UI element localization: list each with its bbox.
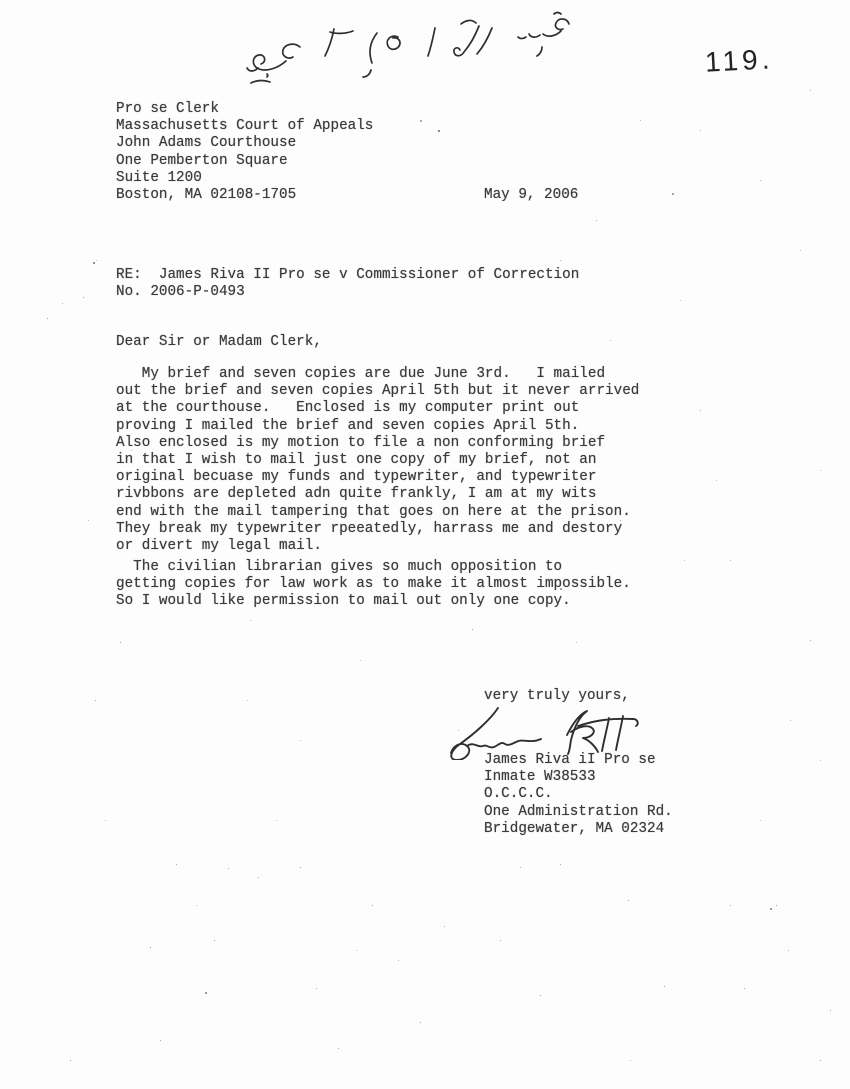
text-line: My brief and seven copies are due June 3… <box>116 366 639 383</box>
text-line: One Pemberton Square <box>116 153 373 170</box>
text-line: Inmate W38533 <box>484 769 673 786</box>
case-reference-block: RE: James Riva II Pro se v Commissioner … <box>116 267 579 301</box>
body-paragraph-1: My brief and seven copies are due June 3… <box>116 366 639 555</box>
text-line: No. 2006-P-0493 <box>116 284 579 301</box>
text-line: end with the mail tampering that goes on… <box>116 504 639 521</box>
text-line: So I would like permission to mail out o… <box>116 593 631 610</box>
sender-address-block: James Riva iI Pro seInmate W38533O.C.C.C… <box>484 752 673 838</box>
text-line: Massachusetts Court of Appeals <box>116 118 373 135</box>
text-line: Pro se Clerk <box>116 101 373 118</box>
handwritten-inscription <box>220 4 585 90</box>
scanned-letter-page: 119. Pro se ClerkMassachusetts Court of … <box>0 0 850 1089</box>
text-line: original becuase my funds and typewriter… <box>116 469 639 486</box>
text-line: O.C.C.C. <box>484 786 673 803</box>
text-line: James Riva iI Pro se <box>484 752 673 769</box>
text-line: The civilian librarian gives so much opp… <box>116 559 631 576</box>
text-line: or divert my legal mail. <box>116 538 639 555</box>
text-line: They break my typewriter rpeeatedly, har… <box>116 521 639 538</box>
handwritten-page-number: 119. <box>705 50 774 71</box>
recipient-address-block: Pro se ClerkMassachusetts Court of Appea… <box>116 101 373 204</box>
text-line: Bridgewater, MA 02324 <box>484 821 673 838</box>
salutation: Dear Sir or Madam Clerk, <box>116 334 322 351</box>
text-line: John Adams Courthouse <box>116 135 373 152</box>
text-line: One Administration Rd. <box>484 804 673 821</box>
text-line: Also enclosed is my motion to file a non… <box>116 435 639 452</box>
text-line: getting copies for law work as to make i… <box>116 576 631 593</box>
text-line: Boston, MA 02108-1705 <box>116 187 373 204</box>
text-line: in that I wish to mail just one copy of … <box>116 452 639 469</box>
text-line: rivbbons are depleted adn quite frankly,… <box>116 486 639 503</box>
text-line: RE: James Riva II Pro se v Commissioner … <box>116 267 579 284</box>
letter-date: May 9, 2006 <box>484 187 578 204</box>
text-line: out the brief and seven copies April 5th… <box>116 383 639 400</box>
body-paragraph-2: The civilian librarian gives so much opp… <box>116 559 631 611</box>
scan-noise-marks <box>0 0 2 2</box>
text-line: at the courthouse. Enclosed is my comput… <box>116 400 639 417</box>
text-line: proving I mailed the brief and seven cop… <box>116 418 639 435</box>
text-line: Suite 1200 <box>116 170 373 187</box>
